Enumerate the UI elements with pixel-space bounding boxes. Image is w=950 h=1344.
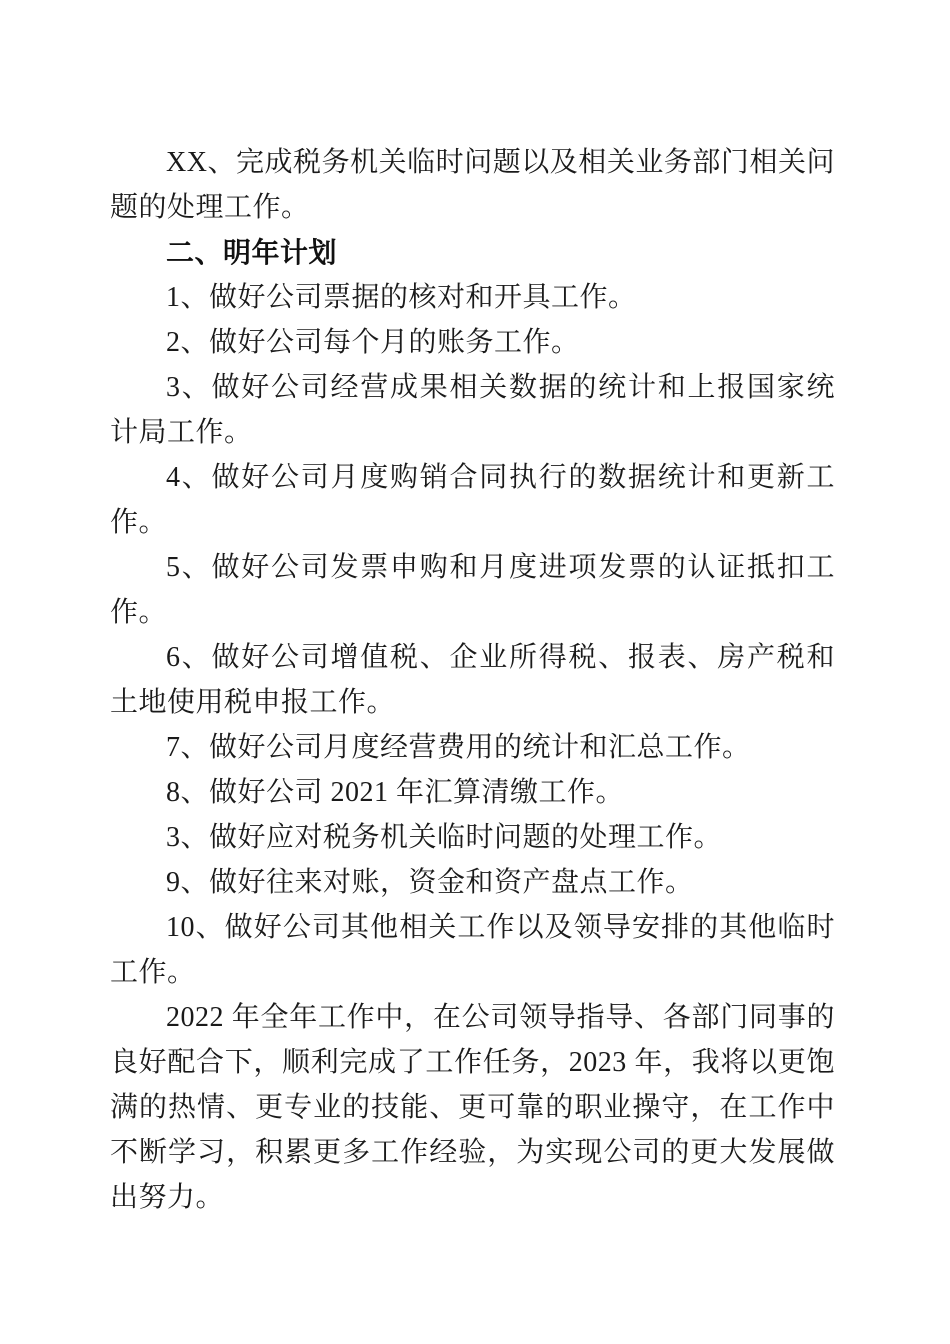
document-page: XX、完成税务机关临时问题以及相关业务部门相关问题的处理工作。 二、明年计划 1… [0, 0, 950, 1344]
plan-item-5: 5、做好公司发票申购和月度进项发票的认证抵扣工作。 [110, 545, 835, 635]
section-heading-next-year-plan: 二、明年计划 [110, 230, 835, 275]
plan-item-1: 1、做好公司票据的核对和开具工作。 [110, 275, 835, 320]
plan-item-6: 6、做好公司增值税、企业所得税、报表、房产税和土地使用税申报工作。 [110, 635, 835, 725]
plan-item-7: 7、做好公司月度经营费用的统计和汇总工作。 [110, 725, 835, 770]
document-content: XX、完成税务机关临时问题以及相关业务部门相关问题的处理工作。 二、明年计划 1… [110, 140, 835, 1220]
plan-item-2: 2、做好公司每个月的账务工作。 [110, 320, 835, 365]
plan-item-10: 10、做好公司其他相关工作以及领导安排的其他临时工作。 [110, 905, 835, 995]
plan-item-4: 4、做好公司月度购销合同执行的数据统计和更新工作。 [110, 455, 835, 545]
plan-item-9: 9、做好往来对账，资金和资产盘点工作。 [110, 860, 835, 905]
plan-item-3: 3、做好公司经营成果相关数据的统计和上报国家统计局工作。 [110, 365, 835, 455]
paragraph-closing-summary: 2022 年全年工作中，在公司领导指导、各部门同事的良好配合下，顺利完成了工作任… [110, 995, 835, 1220]
paragraph-tax-issues-handling: XX、完成税务机关临时问题以及相关业务部门相关问题的处理工作。 [110, 140, 835, 230]
plan-item-8: 8、做好公司 2021 年汇算清缴工作。 [110, 770, 835, 815]
plan-item-3-duplicate: 3、做好应对税务机关临时问题的处理工作。 [110, 815, 835, 860]
